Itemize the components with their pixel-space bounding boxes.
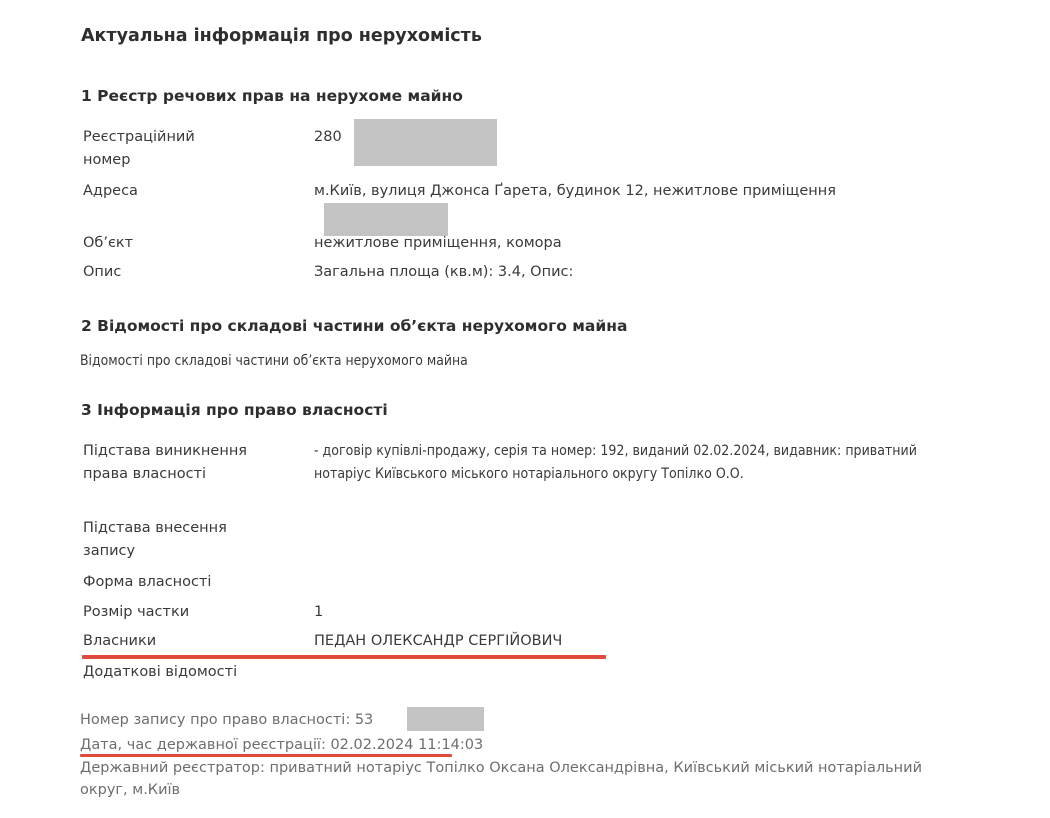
field-value: нежитлове приміщення, комора — [314, 232, 934, 255]
registrar-info: Державний реєстратор: приватний нотаріус… — [80, 757, 940, 801]
field-label: Підстава внесення запису — [83, 517, 258, 563]
field-label: Опис — [83, 261, 283, 284]
registration-datetime: Дата, час державної реєстрації: 02.02.20… — [80, 734, 483, 756]
field-label: Форма власності — [83, 571, 283, 594]
field-value: м.Київ, вулиця Джонса Ґарета, будинок 12… — [314, 180, 934, 203]
section-3-heading: 3 Інформація про право власності — [81, 401, 388, 419]
field-label: Реєстраційний номер — [83, 126, 233, 172]
field-label: Підстава виникнення права власності — [83, 440, 253, 486]
section-2-body: Відомості про складові частини об’єкта н… — [80, 353, 468, 369]
field-label: Об’єкт — [83, 232, 283, 255]
redaction-box — [407, 707, 484, 731]
field-value: 1 — [314, 601, 934, 624]
field-value: Загальна площа (кв.м): 3.4, Опис: — [314, 261, 934, 284]
field-label: Власники — [83, 630, 283, 653]
page-title: Актуальна інформація про нерухомість — [81, 26, 482, 46]
field-value: ПЕДАН ОЛЕКСАНДР СЕРГІЙОВИЧ — [314, 630, 934, 653]
redaction-box — [354, 119, 497, 166]
record-number: Номер запису про право власності: 53 — [80, 709, 373, 731]
section-2-heading: 2 Відомості про складові частини об’єкта… — [81, 317, 627, 335]
field-value: - договір купівлі-продажу, серія та номе… — [314, 440, 923, 486]
field-label: Розмір частки — [83, 601, 283, 624]
highlight-underline — [82, 655, 606, 659]
field-label: Додаткові відомості — [83, 661, 283, 684]
section-1-heading: 1 Реєстр речових прав на нерухоме майно — [81, 87, 463, 105]
field-label: Адреса — [83, 180, 283, 203]
